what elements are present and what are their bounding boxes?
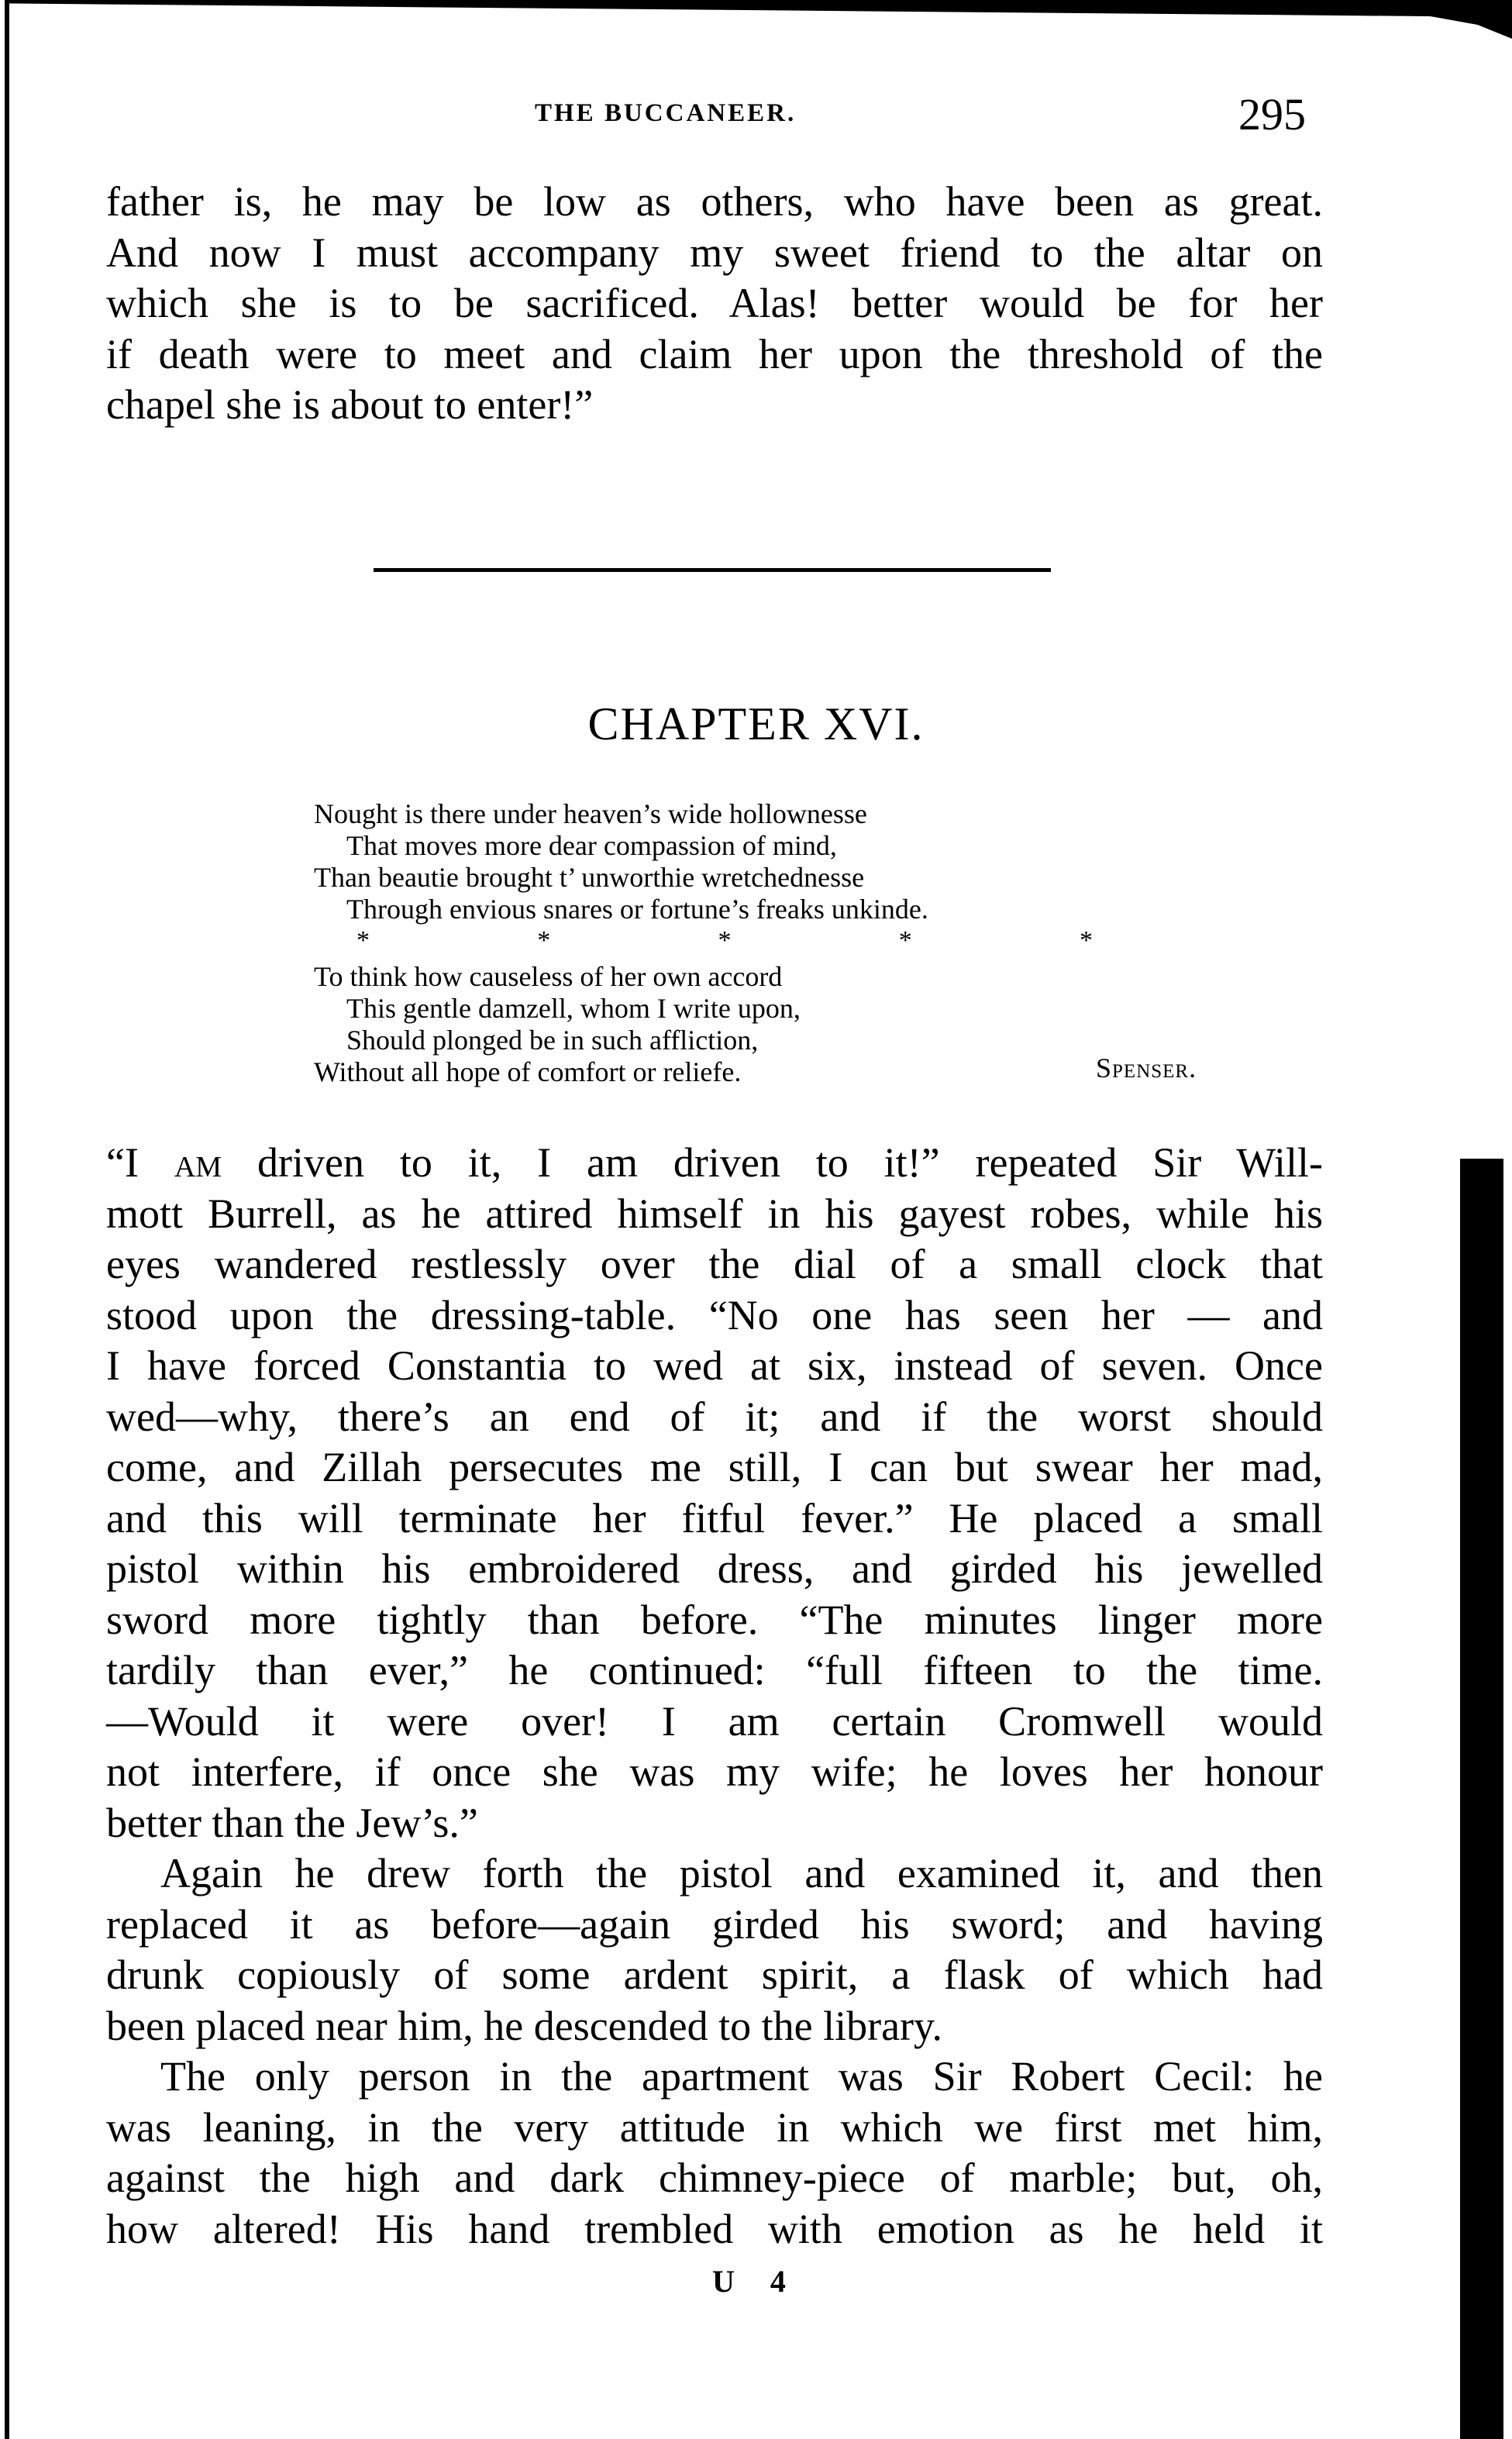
- text-line: pistol within his embroidered dress, and…: [106, 1544, 1323, 1595]
- signature-mark: U 4: [0, 2263, 1512, 2299]
- text-line: come, and Zillah persecutes me still, I …: [106, 1442, 1323, 1493]
- text-line: how altered! His hand trembled with emot…: [106, 2204, 1323, 2255]
- text-line: wed—why, there’s an end of it; and if th…: [106, 1392, 1323, 1443]
- text-line: was leaning, in the very attitude in whi…: [106, 2103, 1323, 2154]
- page-number: 295: [1238, 88, 1306, 140]
- text-line: drunk copiously of some ardent spirit, a…: [106, 1950, 1323, 2001]
- text-line: And now I must accompany my sweet friend…: [106, 228, 1323, 279]
- open-quote: “I: [106, 1139, 174, 1186]
- text-line: —Would it were over! I am certain Cromwe…: [106, 1697, 1323, 1748]
- star-mark: *: [899, 926, 912, 956]
- verse-line: To think how causeless of her own accord: [314, 961, 1244, 993]
- text-line: better than the Jew’s.”: [106, 1798, 1323, 1849]
- scan-edge-top: [5, 0, 1512, 17]
- text-line: tardily than ever,” he continued: “full …: [106, 1645, 1323, 1697]
- opening-paragraph: father is, he may be low as others, who …: [106, 177, 1323, 431]
- text-line: chapel she is about to enter!”: [106, 380, 1323, 431]
- text-line: been placed near him, he descended to th…: [106, 2001, 1323, 2052]
- running-head: THE BUCCANEER. 295: [0, 93, 1512, 140]
- verse-line: This gentle damzell, whom I write upon,: [314, 993, 1244, 1025]
- text-line: The only person in the apartment was Sir…: [106, 2051, 1323, 2103]
- text-line: I have forced Constantia to wed at six, …: [106, 1341, 1323, 1392]
- text-line: against the high and dark chimney-piece …: [106, 2153, 1323, 2204]
- text-line: eyes wandered restlessly over the dial o…: [106, 1239, 1323, 1290]
- body-text: “I am driven to it, I am driven to it!” …: [106, 1138, 1323, 2255]
- text-line: father is, he may be low as others, who …: [106, 177, 1323, 228]
- running-title: THE BUCCANEER.: [535, 99, 796, 128]
- text-line: sword more tightly than before. “The min…: [106, 1595, 1323, 1646]
- epigraph-stanza-1: Nought is there under heaven’s wide holl…: [314, 798, 1244, 925]
- text-line: which she is to be sacrificed. Alas! bet…: [106, 278, 1323, 329]
- section-divider-rule: [374, 568, 1051, 572]
- star-mark: *: [356, 926, 370, 956]
- scan-edge-left: [5, 0, 9, 2439]
- verse-line: Nought is there under heaven’s wide holl…: [314, 798, 1244, 830]
- chapter-heading: CHAPTER XVI.: [0, 698, 1512, 751]
- star-mark: *: [1080, 926, 1093, 956]
- verse-line: Than beautie brought t’ unworthie wretch…: [314, 862, 1244, 894]
- text-line: stood upon the dressing-table. “No one h…: [106, 1290, 1323, 1342]
- small-caps-word: am: [174, 1139, 222, 1186]
- verse-line: Through envious snares or fortune’s frea…: [314, 894, 1244, 925]
- ellipsis-stars: * * * * *: [356, 926, 1093, 956]
- text-line: mott Burrell, as he attired himself in h…: [106, 1189, 1323, 1240]
- text-line: if death were to meet and claim her upon…: [106, 329, 1323, 381]
- epigraph-attribution: Spenser.: [1096, 1052, 1197, 1084]
- text-line: “I am driven to it, I am driven to it!” …: [106, 1138, 1323, 1189]
- star-mark: *: [537, 926, 550, 956]
- verse-line: That moves more dear compassion of mind,: [314, 830, 1244, 862]
- scan-edge-right: [1460, 1159, 1503, 2439]
- scan-edge-top-corner: [1426, 16, 1512, 39]
- text-line: Again he drew forth the pistol and exami…: [106, 1848, 1323, 1900]
- first-line-rest: driven to it, I am driven to it!” repeat…: [222, 1139, 1323, 1186]
- text-line: and this will terminate her fitful fever…: [106, 1493, 1323, 1545]
- text-line: replaced it as before—again girded his s…: [106, 1900, 1323, 1951]
- star-mark: *: [718, 926, 732, 956]
- text-line: not interfere, if once she was my wife; …: [106, 1747, 1323, 1798]
